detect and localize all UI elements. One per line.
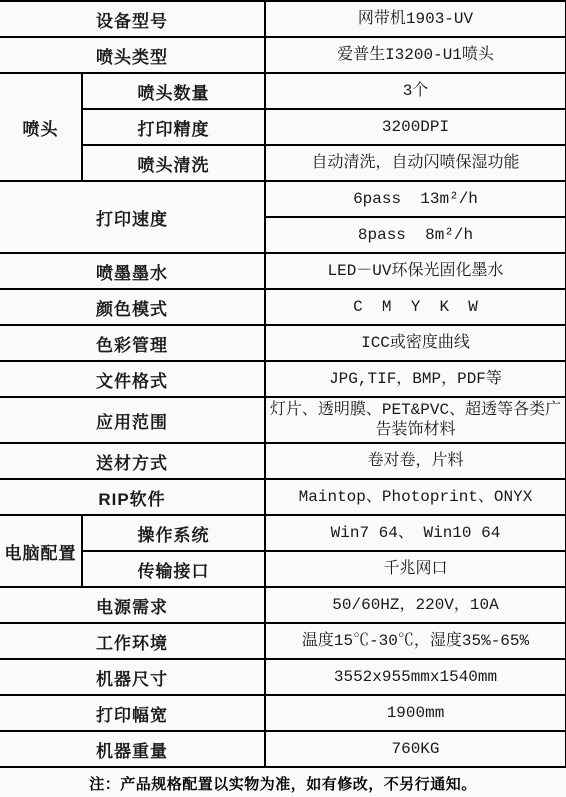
head-type-label: 喷头类型	[0, 37, 265, 73]
row-speed-6pass: 打印速度 6pass 13m²/h	[0, 181, 566, 217]
row-head-count: 喷头 喷头数量 3个	[0, 73, 566, 109]
os-label: 操作系统	[82, 515, 265, 551]
print-width-value: 1900mm	[265, 695, 566, 731]
head-count-value: 3个	[265, 73, 566, 109]
row-weight: 机器重量 760KG	[0, 731, 566, 767]
row-os: 电脑配置 操作系统 Win7 64、 Win10 64	[0, 515, 566, 551]
row-application: 应用范围 灯片、透明膜、PET&PVC、超透等各类广告装饰材料	[0, 397, 566, 443]
row-interface: 传输接口 千兆网口	[0, 551, 566, 587]
interface-value: 千兆网口	[265, 551, 566, 587]
ink-value: LED－UV环保光固化墨水	[265, 253, 566, 289]
application-value: 灯片、透明膜、PET&PVC、超透等各类广告装饰材料	[265, 397, 566, 443]
precision-value: 3200DPI	[265, 109, 566, 145]
cleaning-label: 喷头清洗	[82, 145, 265, 181]
machine-size-label: 机器尺寸	[0, 659, 265, 695]
head-count-label: 喷头数量	[82, 73, 265, 109]
row-cleaning: 喷头清洗 自动清洗，自动闪喷保湿功能	[0, 145, 566, 181]
speed-value-8pass: 8pass 8m²/h	[265, 217, 566, 253]
rip-value: Maintop、Photoprint、ONYX	[265, 479, 566, 515]
row-print-width: 打印幅宽 1900mm	[0, 695, 566, 731]
row-precision: 打印精度 3200DPI	[0, 109, 566, 145]
color-mgmt-label: 色彩管理	[0, 325, 265, 361]
row-ink: 喷墨墨水 LED－UV环保光固化墨水	[0, 253, 566, 289]
power-label: 电源需求	[0, 587, 265, 623]
color-mode-label: 颜色模式	[0, 289, 265, 325]
file-format-label: 文件格式	[0, 361, 265, 397]
speed-label: 打印速度	[0, 181, 265, 253]
row-environment: 工作环境 温度15℃-30℃，湿度35%-65%	[0, 623, 566, 659]
row-color-mgmt: 色彩管理 ICC或密度曲线	[0, 325, 566, 361]
row-head-type: 喷头类型 爱普生I3200-U1喷头	[0, 37, 566, 73]
row-device-model: 设备型号 网带机1903-UV	[0, 1, 566, 37]
machine-size-value: 3552x955mmx1540mm	[265, 659, 566, 695]
spec-table: 设备型号 网带机1903-UV 喷头类型 爱普生I3200-U1喷头 喷头 喷头…	[0, 0, 566, 768]
feeding-label: 送材方式	[0, 443, 265, 479]
device-model-value: 网带机1903-UV	[265, 1, 566, 37]
weight-value: 760KG	[265, 731, 566, 767]
color-mode-value: C M Y K W	[265, 289, 566, 325]
row-color-mode: 颜色模式 C M Y K W	[0, 289, 566, 325]
row-machine-size: 机器尺寸 3552x955mmx1540mm	[0, 659, 566, 695]
speed-value-6pass: 6pass 13m²/h	[265, 181, 566, 217]
row-power: 电源需求 50/60HZ，220V，10A	[0, 587, 566, 623]
rip-label: RIP软件	[0, 479, 265, 515]
environment-value: 温度15℃-30℃，湿度35%-65%	[265, 623, 566, 659]
head-group-label: 喷头	[0, 73, 82, 181]
environment-label: 工作环境	[0, 623, 265, 659]
row-rip: RIP软件 Maintop、Photoprint、ONYX	[0, 479, 566, 515]
power-value: 50/60HZ，220V，10A	[265, 587, 566, 623]
row-file-format: 文件格式 JPG,TIF，BMP，PDF等	[0, 361, 566, 397]
file-format-value: JPG,TIF，BMP，PDF等	[265, 361, 566, 397]
os-value: Win7 64、 Win10 64	[265, 515, 566, 551]
device-model-label: 设备型号	[0, 1, 265, 37]
head-type-value: 爱普生I3200-U1喷头	[265, 37, 566, 73]
feeding-value: 卷对卷，片料	[265, 443, 566, 479]
precision-label: 打印精度	[82, 109, 265, 145]
application-label: 应用范围	[0, 397, 265, 443]
color-mgmt-value: ICC或密度曲线	[265, 325, 566, 361]
row-feeding: 送材方式 卷对卷，片料	[0, 443, 566, 479]
pc-group-label: 电脑配置	[0, 515, 82, 587]
print-width-label: 打印幅宽	[0, 695, 265, 731]
footer-note: 注：产品规格配置以实物为准，如有修改，不另行通知。	[0, 768, 566, 797]
weight-label: 机器重量	[0, 731, 265, 767]
cleaning-value: 自动清洗，自动闪喷保湿功能	[265, 145, 566, 181]
interface-label: 传输接口	[82, 551, 265, 587]
ink-label: 喷墨墨水	[0, 253, 265, 289]
